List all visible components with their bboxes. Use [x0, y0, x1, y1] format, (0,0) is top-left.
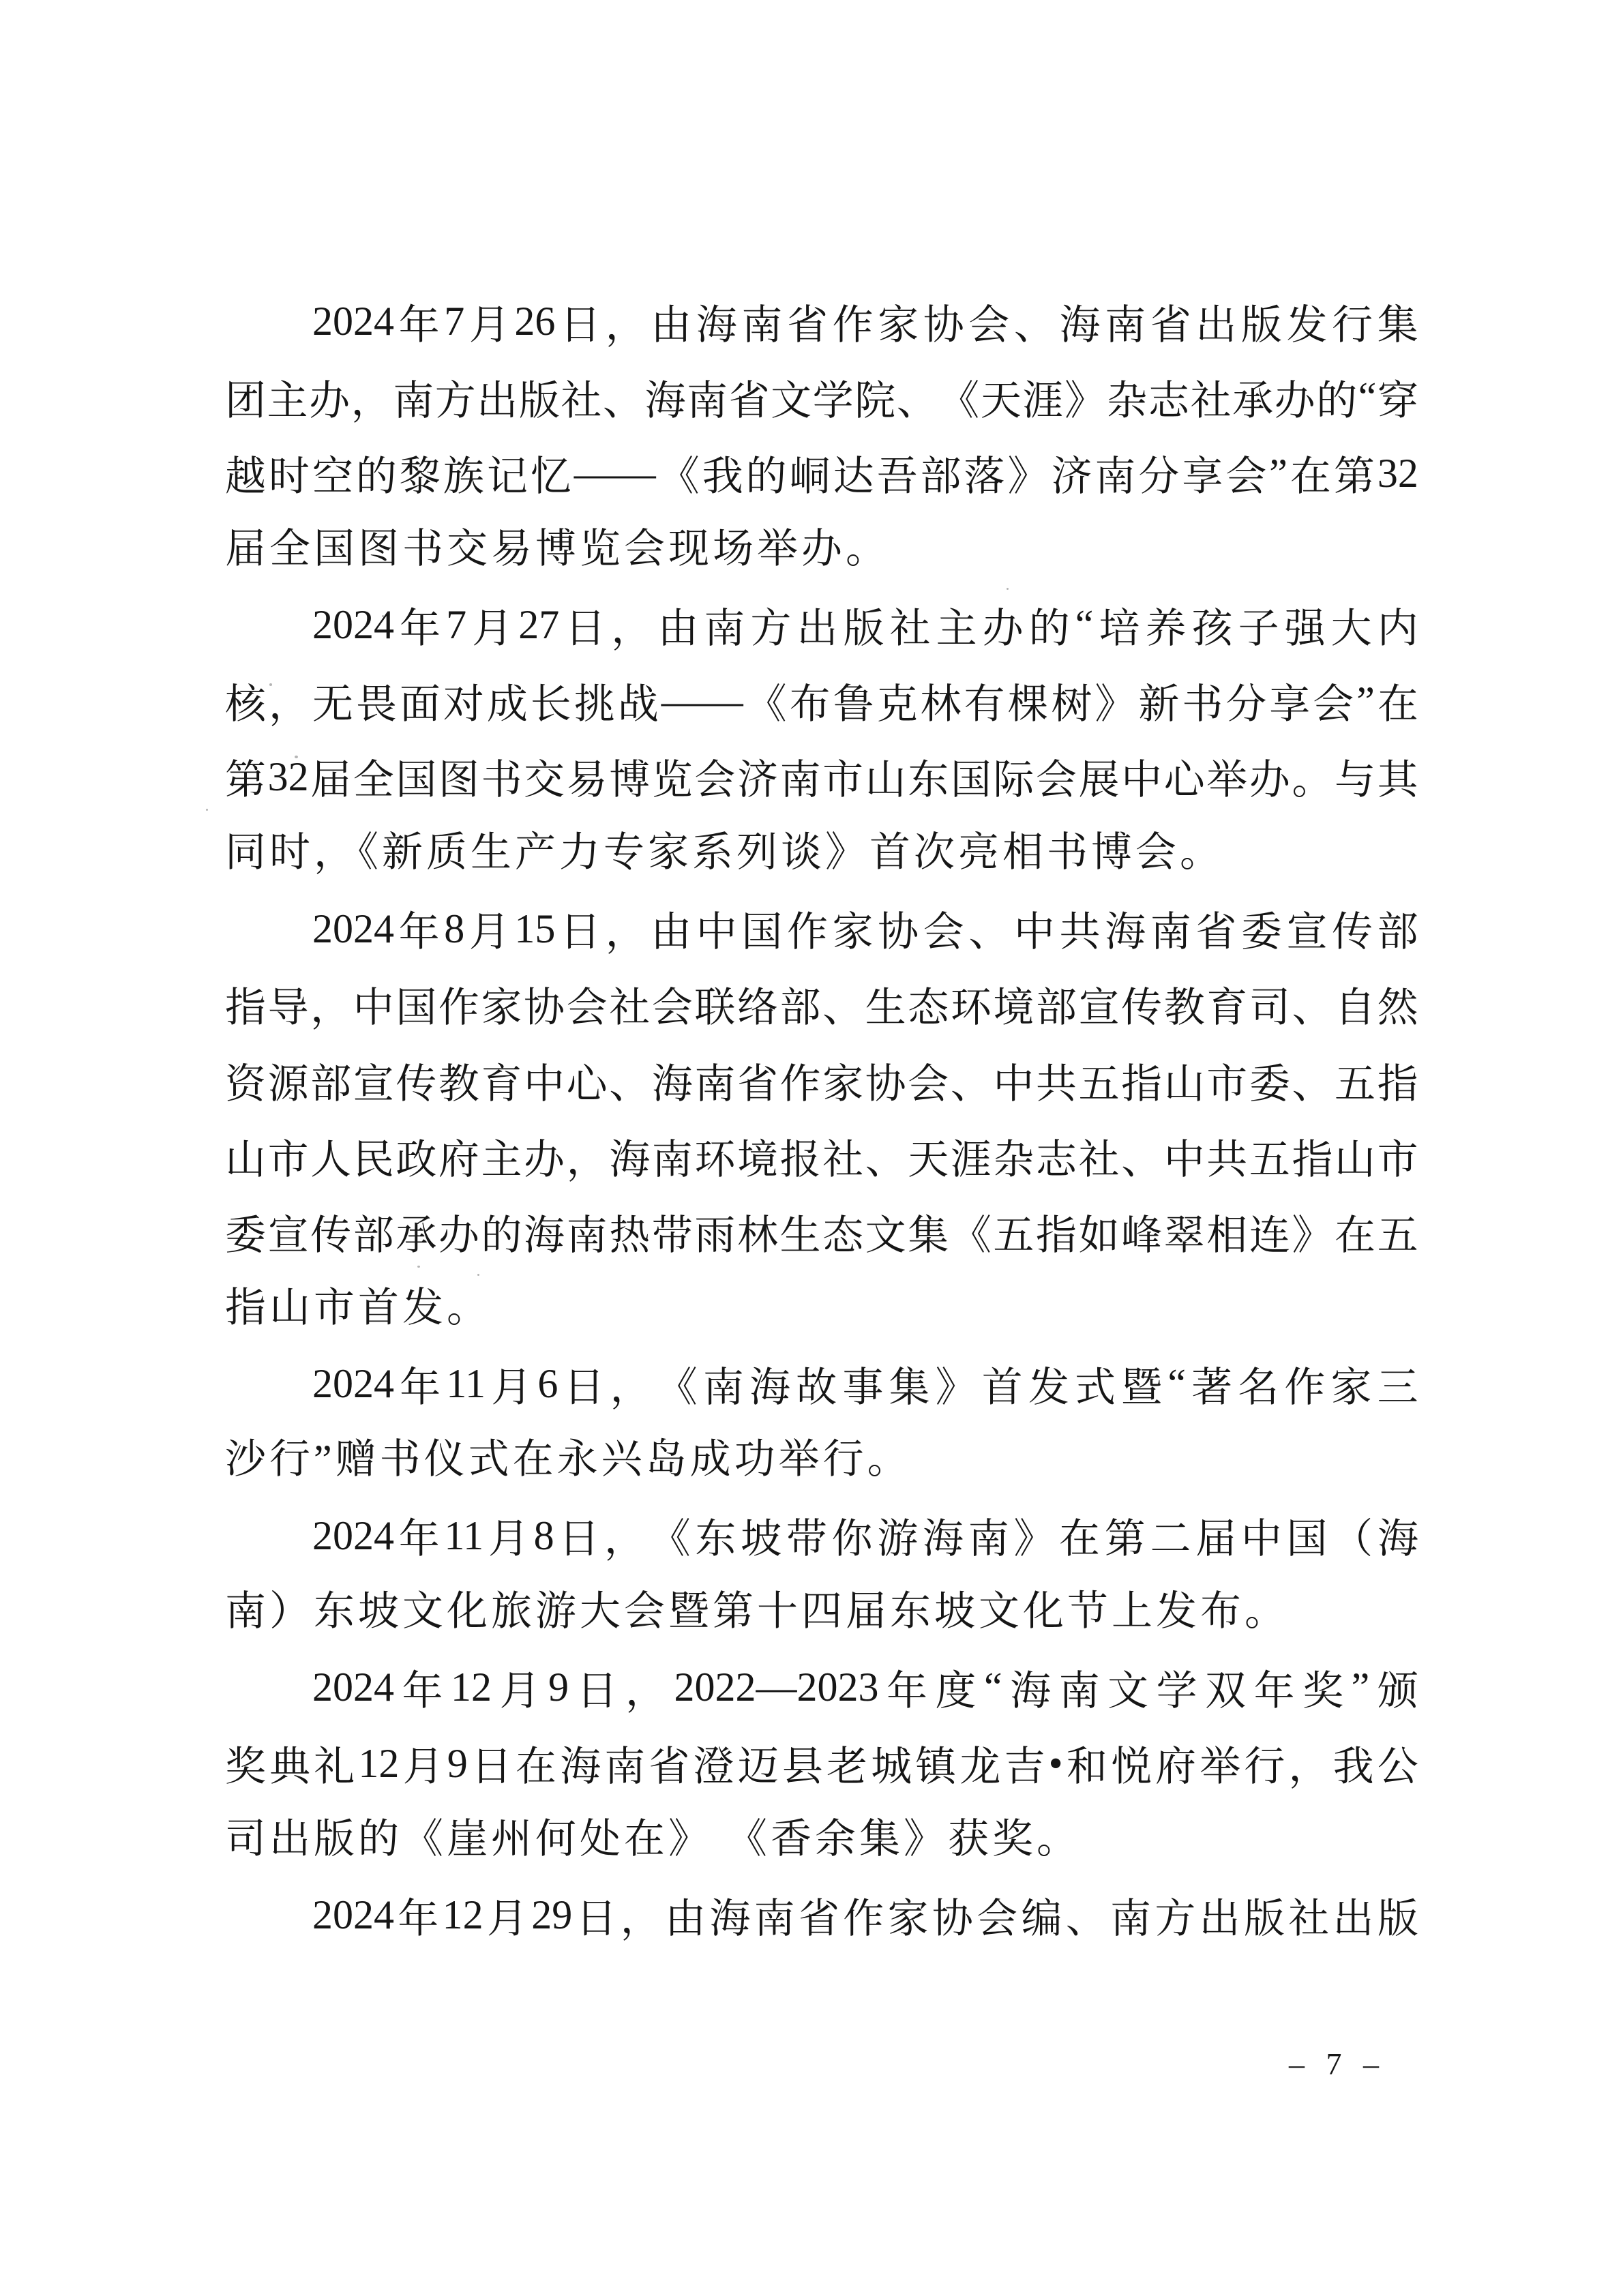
- text-line: 团主办，南方出版社、海南省文学院、《天涯》杂志社承办的“穿: [225, 359, 1418, 435]
- text-line: 委宣传部承办的海南热带雨林生态文集《五指如峰翠相连》在五: [225, 1195, 1418, 1270]
- text-line: 2024年7月26日，由海南省作家协会、海南省出版发行集: [225, 284, 1418, 359]
- text-line: 南）东坡文化旅游大会暨第十四届东坡文化节上发布。: [225, 1574, 1418, 1650]
- text-line: 2024年8月15日，由中国作家协会、中共海南省委宣传部: [225, 891, 1418, 966]
- text-line: 第32届全国图书交易博览会济南市山东国际会展中心举办。与其: [225, 739, 1418, 815]
- text-line: 2024年7月27日，由南方出版社主办的“培养孩子强大内: [225, 587, 1418, 663]
- document-text: 2024年7月26日，由海南省作家协会、海南省出版发行集团主办，南方出版社、海南…: [225, 284, 1418, 1954]
- scan-speckle: [1007, 588, 1009, 590]
- scan-speckle: [295, 756, 298, 758]
- text-line: 沙行”赠书仪式在永兴岛成功举行。: [225, 1422, 1418, 1497]
- text-line: 资源部宣传教育中心、海南省作家协会、中共五指山市委、五指: [225, 1043, 1418, 1118]
- scan-speckle: [247, 784, 249, 786]
- text-line: 2024年11月8日，《东坡带你游海南》在第二届中国（海: [225, 1498, 1418, 1574]
- text-line: 指山市首发。: [225, 1270, 1418, 1346]
- text-line: 司出版的《崖州何处在》 《香余集》获奖。: [225, 1802, 1418, 1877]
- text-line: 2024年12月9日，2022—2023年度“海南文学双年奖”颁: [225, 1650, 1418, 1725]
- text-line: 2024年11月6日，《南海故事集》首发式暨“著名作家三: [225, 1346, 1418, 1422]
- text-line: 山市人民政府主办，海南环境报社、天涯杂志社、中共五指山市: [225, 1118, 1418, 1194]
- scan-speckle: [477, 1274, 479, 1276]
- scan-speckle: [417, 1266, 420, 1268]
- text-line: 同时，《新质生产力专家系列谈》首次亮相书博会。: [225, 815, 1418, 891]
- page-number: – 7 –: [1289, 2046, 1386, 2082]
- scanned-document-page: 2024年7月26日，由海南省作家协会、海南省出版发行集团主办，南方出版社、海南…: [0, 0, 1623, 2296]
- scan-speckle: [269, 683, 272, 686]
- text-line: 奖典礼12月9日在海南省澄迈县老城镇龙吉•和悦府举行，我公: [225, 1726, 1418, 1802]
- scan-speckle: [206, 809, 208, 811]
- text-line: 核，无畏面对成长挑战——《布鲁克林有棵树》新书分享会”在: [225, 663, 1418, 739]
- text-line: 届全国图书交易博览会现场举办。: [225, 511, 1418, 587]
- text-line: 指导，中国作家协会社会联络部、生态环境部宣传教育司、自然: [225, 967, 1418, 1043]
- text-line: 越时空的黎族记忆——《我的峒达吾部落》济南分享会”在第32: [225, 436, 1418, 511]
- scan-speckle: [382, 615, 384, 617]
- text-line: 2024年12月29日，由海南省作家协会编、南方出版社出版: [225, 1877, 1418, 1953]
